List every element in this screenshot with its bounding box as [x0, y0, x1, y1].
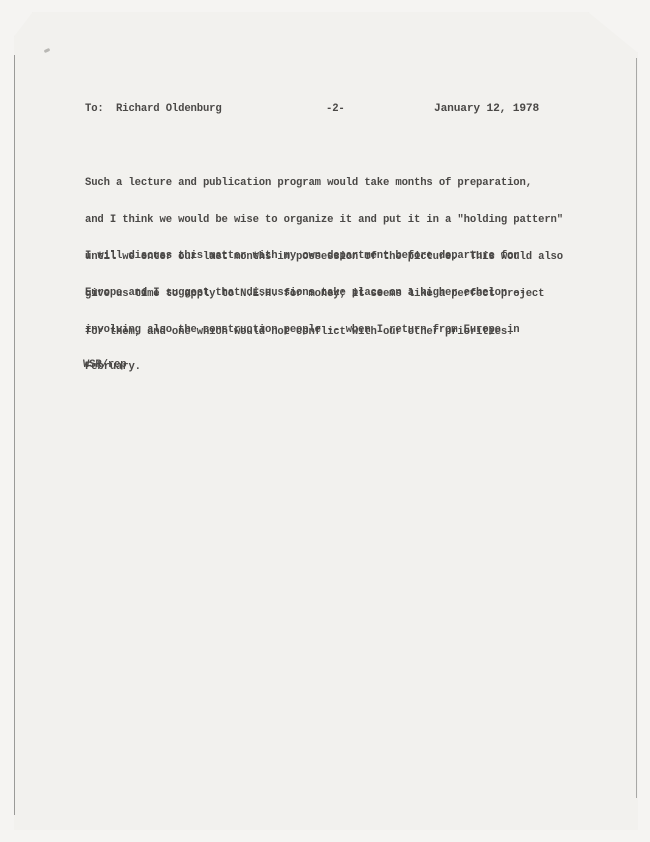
page-number: -2- — [326, 103, 345, 115]
paragraph-line: I will discuss this matter with my own d… — [85, 250, 526, 262]
page-edge-left — [14, 55, 15, 815]
paragraph-line: February. — [85, 361, 526, 373]
paragraph-line: involving also the construction people -… — [85, 324, 526, 336]
letter-page — [14, 12, 638, 830]
typist-initials: WSR/rep — [83, 359, 126, 371]
paragraph-line: Such a lecture and publication program w… — [85, 177, 563, 189]
paragraph-line: Europe and I suggest that discussions ta… — [85, 287, 526, 299]
letter-date: January 12, 1978 — [434, 103, 539, 115]
body-paragraph-2: I will discuss this matter with my own d… — [85, 225, 526, 386]
recipient-line: To: Richard Oldenburg — [85, 103, 222, 115]
page-edge-right — [636, 58, 637, 798]
